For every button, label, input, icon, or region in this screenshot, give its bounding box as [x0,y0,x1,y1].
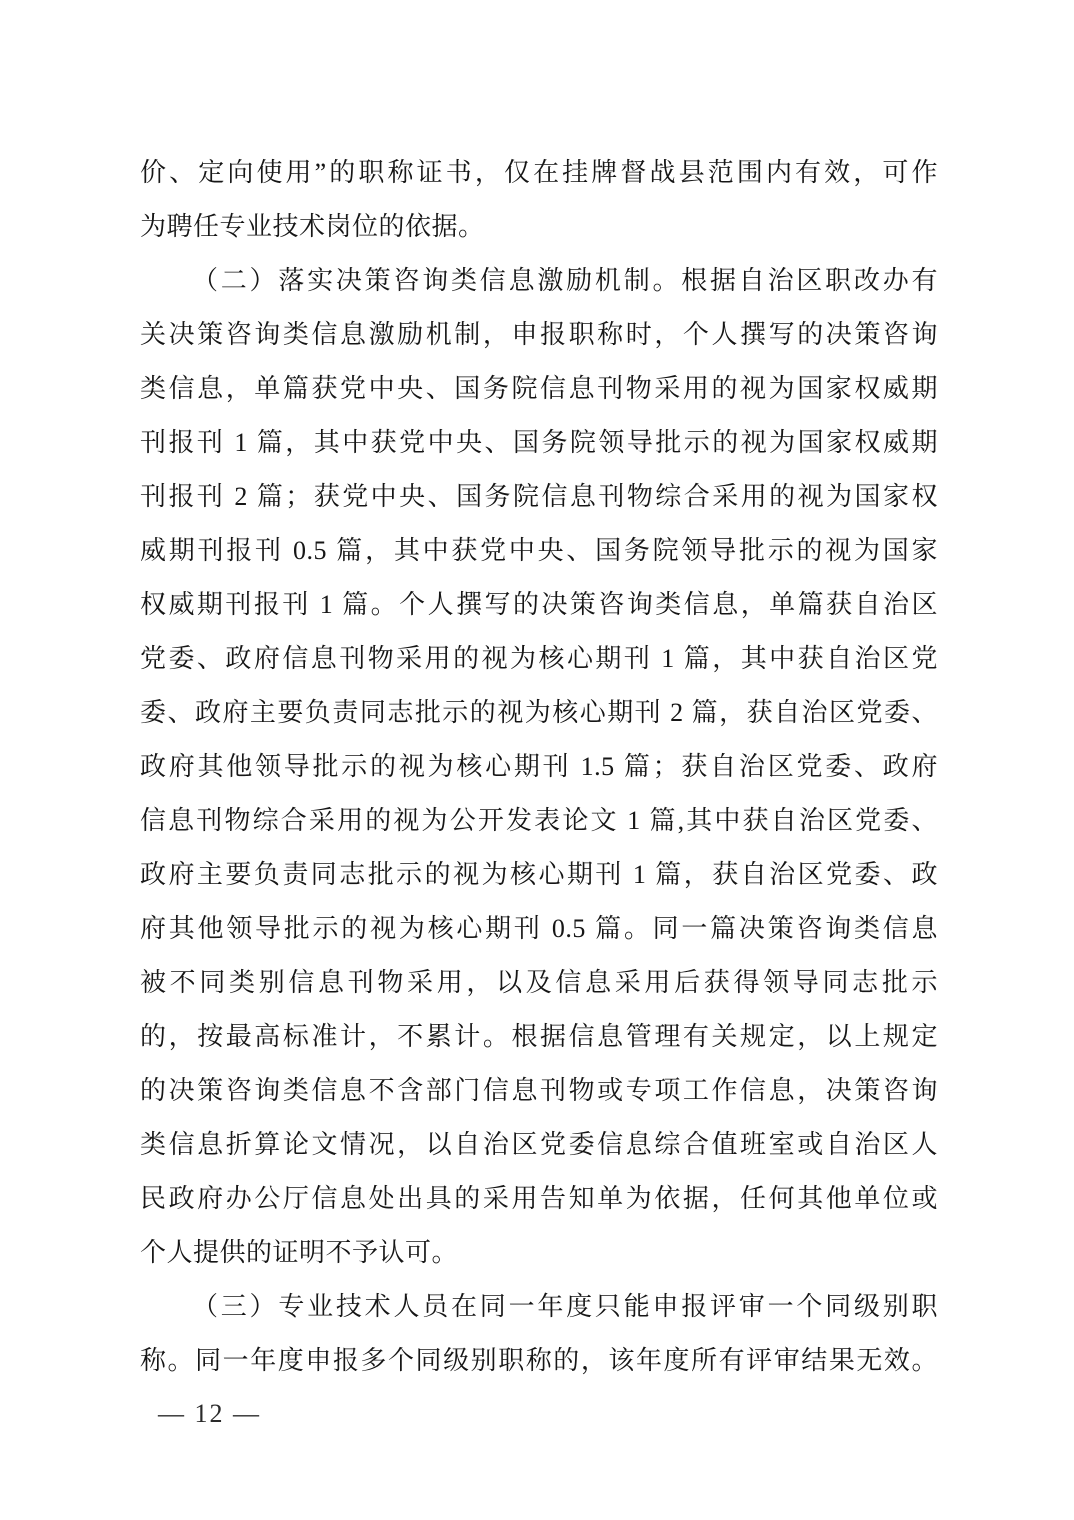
document-page: 价、定向使用”的职称证书，仅在挂牌督战县范围内有效，可作为聘任专业技术岗位的依据… [0,0,1074,1520]
text-line: 信息刊物综合采用的视为公开发表论文 1 篇,其中获自治区党委、 [140,794,938,848]
text-line: 政府主要负责同志批示的视为核心期刊 1 篇，获自治区党委、政 [140,848,938,902]
text-line: 权威期刊报刊 1 篇。个人撰写的决策咨询类信息，单篇获自治区 [140,578,938,632]
text-line: 委、政府主要负责同志批示的视为核心期刊 2 篇，获自治区党委、 [140,686,938,740]
text-line: 威期刊报刊 0.5 篇，其中获党中央、国务院领导批示的视为国家 [140,524,938,578]
text-line: 价、定向使用”的职称证书，仅在挂牌督战县范围内有效，可作 [140,146,938,200]
para-continuation: 价、定向使用”的职称证书，仅在挂牌督战县范围内有效，可作为聘任专业技术岗位的依据… [140,146,938,254]
text-line: 关决策咨询类信息激励机制，申报职称时，个人撰写的决策咨询 [140,308,938,362]
text-line: 类信息折算论文情况，以自治区党委信息综合值班室或自治区人 [140,1118,938,1172]
text-line: 的，按最高标准计，不累计。根据信息管理有关规定，以上规定 [140,1010,938,1064]
page-number: — 12 — [158,1396,261,1432]
text-line: 府其他领导批示的视为核心期刊 0.5 篇。同一篇决策咨询类信息 [140,902,938,956]
text-line: 为聘任专业技术岗位的依据。 [140,200,938,254]
text-line: （三）专业技术人员在同一年度只能申报评审一个同级别职 [140,1280,938,1334]
text-line: 个人提供的证明不予认可。 [140,1226,938,1280]
document-body: 价、定向使用”的职称证书，仅在挂牌督战县范围内有效，可作为聘任专业技术岗位的依据… [140,146,938,1388]
text-line: 的决策咨询类信息不含部门信息刊物或专项工作信息，决策咨询 [140,1064,938,1118]
para-item-2: （二）落实决策咨询类信息激励机制。根据自治区职改办有关决策咨询类信息激励机制，申… [140,254,938,1280]
para-item-3: （三）专业技术人员在同一年度只能申报评审一个同级别职称。同一年度申报多个同级别职… [140,1280,938,1388]
text-line: 民政府办公厅信息处出具的采用告知单为依据，任何其他单位或 [140,1172,938,1226]
text-line: 政府其他领导批示的视为核心期刊 1.5 篇；获自治区党委、政府 [140,740,938,794]
text-line: 类信息，单篇获党中央、国务院信息刊物采用的视为国家权威期 [140,362,938,416]
text-line: 称。同一年度申报多个同级别职称的，该年度所有评审结果无效。 [140,1334,938,1388]
text-line: （二）落实决策咨询类信息激励机制。根据自治区职改办有 [140,254,938,308]
text-line: 被不同类别信息刊物采用，以及信息采用后获得领导同志批示 [140,956,938,1010]
text-line: 刊报刊 1 篇，其中获党中央、国务院领导批示的视为国家权威期 [140,416,938,470]
text-line: 刊报刊 2 篇；获党中央、国务院信息刊物综合采用的视为国家权 [140,470,938,524]
text-line: 党委、政府信息刊物采用的视为核心期刊 1 篇，其中获自治区党 [140,632,938,686]
